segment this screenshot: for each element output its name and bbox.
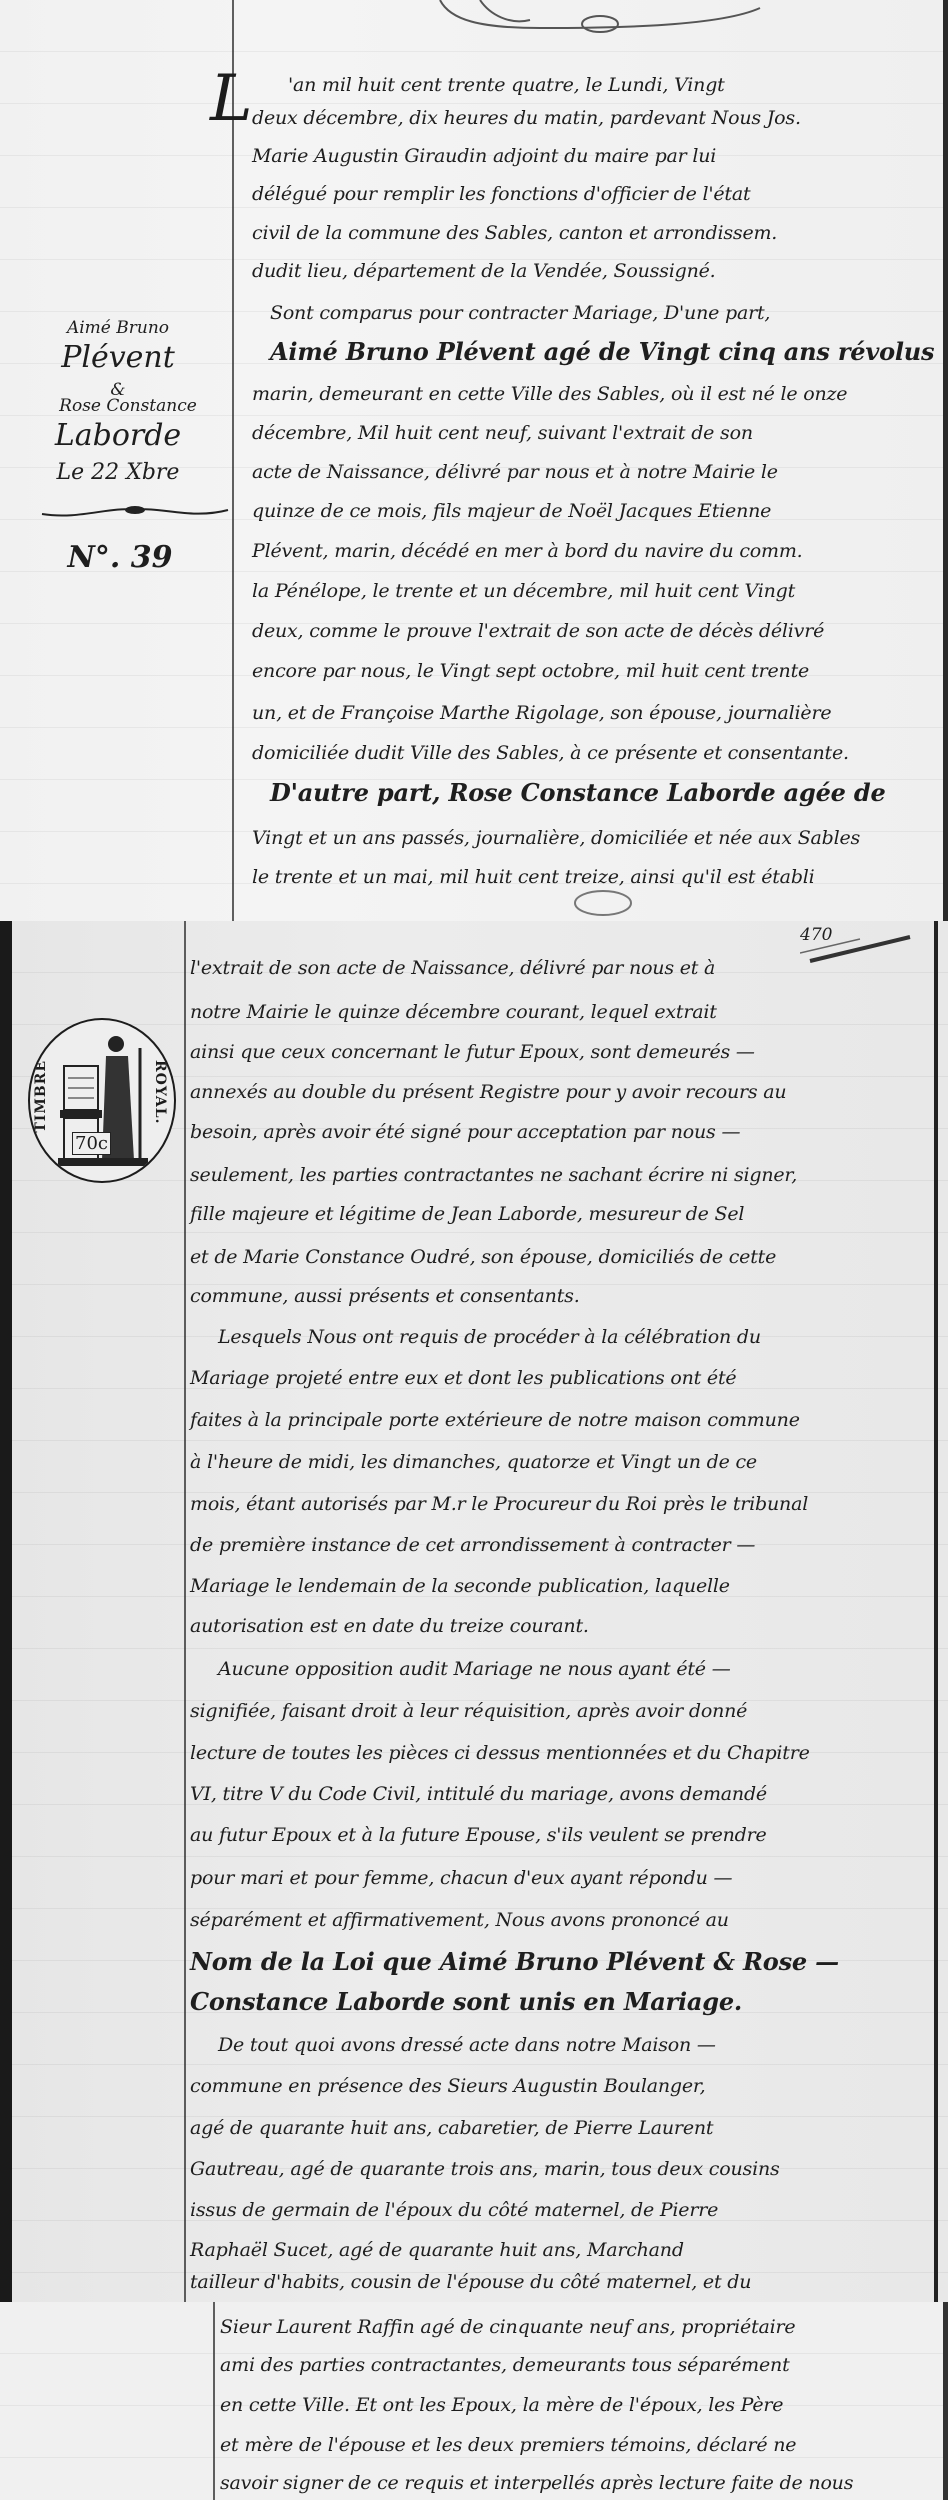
text-line: notre Mairie le quinze décembre courant,… xyxy=(190,1001,717,1023)
text-line: séparément et affirmativement, Nous avon… xyxy=(190,1909,729,1931)
text-line: l'extrait de son acte de Naissance, déli… xyxy=(190,957,715,979)
text-line: ami des parties contractantes, demeurant… xyxy=(220,2354,790,2376)
margin-rule xyxy=(213,2302,215,2500)
act-number: N°. 39 xyxy=(40,540,200,575)
text-line: Raphaël Sucet, agé de quarante huit ans,… xyxy=(190,2239,684,2261)
margin-date: Le 22 Xbre xyxy=(28,460,208,485)
margin-rule xyxy=(232,0,234,921)
text-line: marin, demeurant en cette Ville des Sabl… xyxy=(252,383,847,405)
text-line: autorisation est en date du treize coura… xyxy=(190,1615,589,1637)
text-line: le trente et un mai, mil huit cent treiz… xyxy=(252,866,815,888)
text-line: Sont comparus pour contracter Mariage, D… xyxy=(270,302,770,324)
flourish-icon xyxy=(565,885,645,921)
text-line: agé de quarante huit ans, cabaretier, de… xyxy=(190,2117,713,2139)
text-line: quinze de ce mois, fils majeur de Noël J… xyxy=(252,500,771,522)
page-edge xyxy=(943,0,948,921)
text-line: Mariage projeté entre eux et dont les pu… xyxy=(190,1367,736,1389)
text-line: encore par nous, le Vingt sept octobre, … xyxy=(252,660,809,682)
text-line: un, et de Françoise Marthe Rigolage, son… xyxy=(252,702,831,724)
text-line: seulement, les parties contractantes ne … xyxy=(190,1164,797,1186)
text-line: Nom de la Loi que Aimé Bruno Plévent & R… xyxy=(190,1947,839,1976)
text-line: décembre, Mil huit cent neuf, suivant l'… xyxy=(252,422,753,444)
text-line: délégué pour remplir les fonctions d'off… xyxy=(252,183,750,205)
text-line: Gautreau, agé de quarante trois ans, mar… xyxy=(190,2158,780,2180)
text-line: Lesquels Nous ont requis de procéder à l… xyxy=(218,1326,761,1348)
text-line: civil de la commune des Sables, canton e… xyxy=(252,222,777,244)
stamp-price: 70c xyxy=(72,1132,111,1155)
text-line: D'autre part, Rose Constance Laborde agé… xyxy=(270,778,886,807)
margin-bride-surname: Laborde xyxy=(28,418,208,453)
stamp-label-right: ROYAL. xyxy=(152,1060,168,1125)
text-line: deux décembre, dix heures du matin, pard… xyxy=(252,107,801,129)
text-line: besoin, après avoir été signé pour accep… xyxy=(190,1121,740,1143)
text-line: deux, comme le prouve l'extrait de son a… xyxy=(252,620,824,642)
text-line: et mère de l'épouse et les deux premiers… xyxy=(220,2434,796,2456)
text-line: et de Marie Constance Oudré, son épouse,… xyxy=(190,1246,776,1268)
page-edge xyxy=(943,2302,948,2500)
register-page-1: Aimé Bruno Plévent & Rose Constance Labo… xyxy=(0,0,948,921)
act-body-page-1: 'an mil huit cent trente quatre, le Lund… xyxy=(252,0,942,921)
margin-groom-surname: Plévent xyxy=(28,340,208,375)
text-line: tailleur d'habits, cousin de l'épouse du… xyxy=(190,2271,751,2293)
text-line: en cette Ville. Et ont les Epoux, la mèr… xyxy=(220,2394,783,2416)
text-line: ainsi que ceux concernant le futur Epoux… xyxy=(190,1041,755,1063)
register-page-2: 470 TIMBRE ROYAL. 70c l'extrait de son a… xyxy=(0,921,948,2302)
margin-groom-given: Aimé Bruno xyxy=(28,318,208,338)
text-line: la Pénélope, le trente et un décembre, m… xyxy=(252,580,795,602)
text-line: Aimé Bruno Plévent agé de Vingt cinq ans… xyxy=(270,337,934,366)
text-line: VI, titre V du Code Civil, intitulé du m… xyxy=(190,1783,767,1805)
binding-edge xyxy=(0,921,12,2302)
text-line: Marie Augustin Giraudin adjoint du maire… xyxy=(252,145,716,167)
margin-rule xyxy=(184,921,186,2302)
text-line: Vingt et un ans passés, journalière, dom… xyxy=(252,827,860,849)
page-edge xyxy=(934,921,938,2302)
text-line: lecture de toutes les pièces ci dessus m… xyxy=(190,1742,810,1764)
text-line: fille majeure et légitime de Jean Labord… xyxy=(190,1203,744,1225)
text-line: Plévent, marin, décédé en mer à bord du … xyxy=(252,540,803,562)
text-line: signifiée, faisant droit à leur réquisit… xyxy=(190,1700,747,1722)
text-line: acte de Naissance, délivré par nous et à… xyxy=(252,461,778,483)
text-line: Sieur Laurent Raffin agé de cinquante ne… xyxy=(220,2316,795,2338)
text-line: issus de germain de l'époux du côté mate… xyxy=(190,2199,718,2221)
text-line: commune en présence des Sieurs Augustin … xyxy=(190,2075,706,2097)
text-line: faites à la principale porte extérieure … xyxy=(190,1409,800,1431)
text-line: savoir signer de ce requis et interpellé… xyxy=(220,2472,853,2494)
stamp-label-left: TIMBRE xyxy=(33,1060,49,1133)
text-line: domiciliée dudit Ville des Sables, à ce … xyxy=(252,742,849,764)
flourish-icon xyxy=(40,500,230,522)
text-line: annexés au double du présent Registre po… xyxy=(190,1081,786,1103)
text-line: 'an mil huit cent trente quatre, le Lund… xyxy=(288,74,725,96)
act-body-page-2: l'extrait de son acte de Naissance, déli… xyxy=(190,921,930,2302)
text-line: Mariage le lendemain de la seconde publi… xyxy=(190,1575,730,1597)
text-line: à l'heure de midi, les dimanches, quator… xyxy=(190,1451,757,1473)
register-page-3: Sieur Laurent Raffin agé de cinquante ne… xyxy=(0,2302,948,2500)
text-line: dudit lieu, département de la Vendée, So… xyxy=(252,260,716,282)
text-line: mois, étant autorisés par M.r le Procure… xyxy=(190,1493,808,1515)
text-line: au futur Epoux et à la future Epouse, s'… xyxy=(190,1824,767,1846)
act-body-page-3: Sieur Laurent Raffin agé de cinquante ne… xyxy=(220,2302,940,2500)
text-line: Constance Laborde sont unis en Mariage. xyxy=(190,1987,742,2016)
text-line: De tout quoi avons dressé acte dans notr… xyxy=(218,2034,716,2056)
royal-tax-stamp: TIMBRE ROYAL. 70c xyxy=(28,1018,176,1183)
drop-cap: L xyxy=(210,62,253,136)
text-line: Aucune opposition audit Mariage ne nous … xyxy=(218,1658,731,1680)
text-line: commune, aussi présents et consentants. xyxy=(190,1285,580,1307)
margin-bride-given: Rose Constance xyxy=(28,396,228,416)
text-line: pour mari et pour femme, chacun d'eux ay… xyxy=(190,1867,732,1889)
text-line: de première instance de cet arrondisseme… xyxy=(190,1534,755,1556)
